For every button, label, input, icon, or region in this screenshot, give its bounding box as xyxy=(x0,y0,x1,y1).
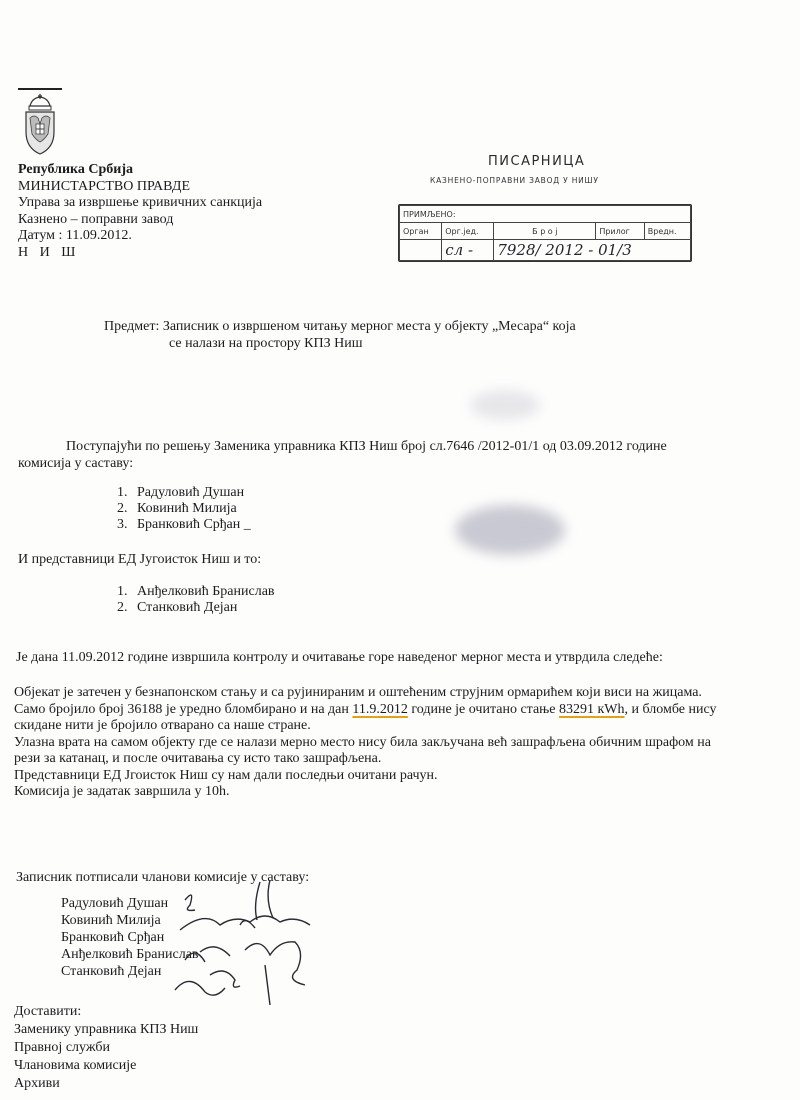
stamp-col-org-unit: Орг.јед. xyxy=(442,223,494,240)
delivery-recipient: Члановима комисије xyxy=(14,1057,198,1075)
stamp-col-attachment: Прилог xyxy=(596,223,644,240)
intro-line-1: Поступајући по решењу Заменика управника… xyxy=(18,439,708,456)
intro-line-2: комисија у саставу: xyxy=(18,456,708,473)
list-item: 1.Анђелковић Бранислав xyxy=(117,584,275,600)
scan-smudge xyxy=(470,390,540,420)
list-item: 1.Радуловић Душан xyxy=(117,485,251,501)
handwritten-signatures-icon xyxy=(145,880,345,1005)
republic-name: Република Србија xyxy=(18,162,262,179)
intro-paragraph: Поступајући по решењу Заменика управника… xyxy=(18,439,708,472)
delivery-recipient: Заменику управника КПЗ Ниш xyxy=(14,1021,198,1039)
delivery-recipient: Правној служби xyxy=(14,1039,198,1057)
registry-stamp: ПРИМЉЕНО: Орган Орг.јед. Б р о ј Прилог … xyxy=(398,204,692,262)
stamp-col-organ: Орган xyxy=(400,223,442,240)
stamp-col-number: Б р о ј xyxy=(494,223,596,240)
representatives-intro: И представници ЕД Југоисток Ниш и то: xyxy=(18,552,261,569)
representatives-list: 1.Анђелковић Бранислав 2.Станковић Дејан xyxy=(117,584,275,616)
meter-reading-value: 83291 кWh xyxy=(559,702,625,717)
institution-name: Казнено – поправни завод xyxy=(18,212,262,229)
scan-smudge xyxy=(455,505,565,555)
delivery-recipient: Архиви xyxy=(14,1075,198,1093)
stamp-handwritten-number: 7928/ 2012 - 01/3 xyxy=(494,240,691,261)
stamp-received-label: ПРИМЉЕНО: xyxy=(400,206,691,223)
finding-meter-reading: Само бројило број 36188 је уредно бломби… xyxy=(14,702,724,735)
finding-entrance-door: Улазна врата на самом објекту где се нал… xyxy=(14,735,724,768)
list-item: 2.Станковић Дејан xyxy=(117,600,275,616)
list-item: 2.Ковинић Милија xyxy=(117,501,251,517)
ministry-name: МИНИСТАРСТВО ПРАВДЕ xyxy=(18,179,262,196)
city: Н И Ш xyxy=(18,245,262,262)
registry-stamp-subtitle: КАЗНЕНО-ПОПРАВНИ ЗАВОД У НИШУ xyxy=(430,176,599,185)
stamp-col-value: Вредн. xyxy=(644,223,690,240)
list-item: 3.Бранковић Срђан _ xyxy=(117,517,251,533)
header-rule xyxy=(18,88,62,90)
directorate-name: Управа за извршење кривичних санкција xyxy=(18,195,262,212)
serbian-coat-of-arms-icon xyxy=(22,94,58,156)
document-date: Датум : 11.09.2012. xyxy=(18,228,262,245)
finding-object-state: Објекат је затечен у безнапонском стању … xyxy=(14,685,724,702)
finding-completion: Комисија је задатак завршила у 10h. xyxy=(14,784,724,801)
delivery-title: Доставити: xyxy=(14,1003,198,1021)
subject-line-1: Предмет: Записник о извршеном читању мер… xyxy=(104,318,576,335)
letterhead: Република Србија МИНИСТАРСТВО ПРАВДЕ Упр… xyxy=(18,162,262,261)
commission-list: 1.Радуловић Душан 2.Ковинић Милија 3.Бра… xyxy=(117,485,251,533)
registry-stamp-title: ПИСАРНИЦА xyxy=(488,154,585,169)
date-statement: Је дана 11.09.2012 године извршила контр… xyxy=(16,650,663,667)
subject-line-2: се налази на простору КПЗ Ниш xyxy=(104,335,576,352)
reading-date: 11.9.2012 xyxy=(352,702,407,717)
finding-last-invoice: Представници ЕД Јгоисток Ниш су нам дали… xyxy=(14,768,724,785)
subject: Предмет: Записник о извршеном читању мер… xyxy=(104,318,576,352)
findings: Објекат је затечен у безнапонском стању … xyxy=(14,685,724,801)
stamp-handwritten-prefix: сл - xyxy=(442,240,494,261)
delivery-list: Доставити: Заменику управника КПЗ Ниш Пр… xyxy=(14,1003,198,1093)
